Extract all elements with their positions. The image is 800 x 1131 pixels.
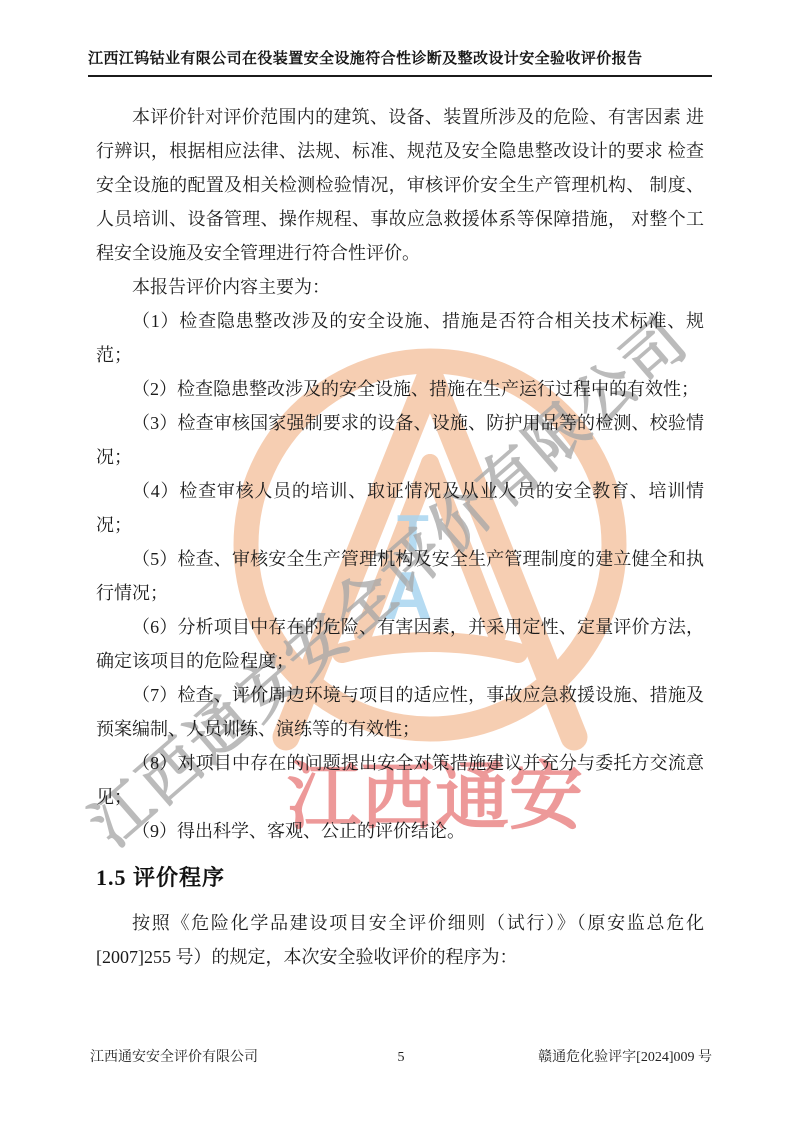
list-item: （4）检查审核人员的培训、取证情况及从业人员的安全教育、培训情况； (96, 474, 704, 542)
report-page: T A 江西通安 江西通安安全评价有限公司 江西江钨钴业有限公司在役装置安全设施… (0, 0, 800, 1131)
list-item: （8）对项目中存在的问题提出安全对策措施建议并充分与委托方交流意见； (96, 746, 704, 814)
list-item: （7）检查、评价周边环境与项目的适应性，事故应急救援设施、措施及预案编制、人员训… (96, 678, 704, 746)
paragraph: 本报告评价内容主要为： (96, 270, 704, 304)
list-item: （9）得出科学、客观、公正的评价结论。 (96, 814, 704, 848)
paragraph: 按照《危险化学品建设项目安全评价细则（试行）》（原安监总危化 [2007]255… (96, 906, 704, 974)
footer-document-number: 赣通危化验评字[2024]009 号 (405, 1046, 713, 1066)
list-item: （6）分析项目中存在的危险、有害因素，并采用定性、定量评价方法，确定该项目的危险… (96, 610, 704, 678)
list-item: （1）检查隐患整改涉及的安全设施、措施是否符合相关技术标准、规范； (96, 304, 704, 372)
list-item: （3）检查审核国家强制要求的设备、设施、防护用品等的检测、校验情况； (96, 406, 704, 474)
footer-page-number: 5 (398, 1050, 405, 1066)
footer-company: 江西通安安全评价有限公司 (90, 1046, 398, 1066)
document-body: 本评价针对评价范围内的建筑、设备、装置所涉及的危险、有害因素 进行辨识，根据相应… (96, 100, 704, 974)
list-item: （2）检查隐患整改涉及的安全设施、措施在生产运行过程中的有效性； (96, 372, 704, 406)
paragraph: 本评价针对评价范围内的建筑、设备、装置所涉及的危险、有害因素 进行辨识，根据相应… (96, 100, 704, 270)
list-item: （5）检查、审核安全生产管理机构及安全生产管理制度的建立健全和执行情况； (96, 542, 704, 610)
section-heading: 1.5 评价程序 (96, 861, 704, 895)
page-footer: 江西通安安全评价有限公司 5 赣通危化验评字[2024]009 号 (90, 1046, 712, 1066)
page-header-title: 江西江钨钴业有限公司在役装置安全设施符合性诊断及整改设计安全验收评价报告 (88, 47, 712, 77)
